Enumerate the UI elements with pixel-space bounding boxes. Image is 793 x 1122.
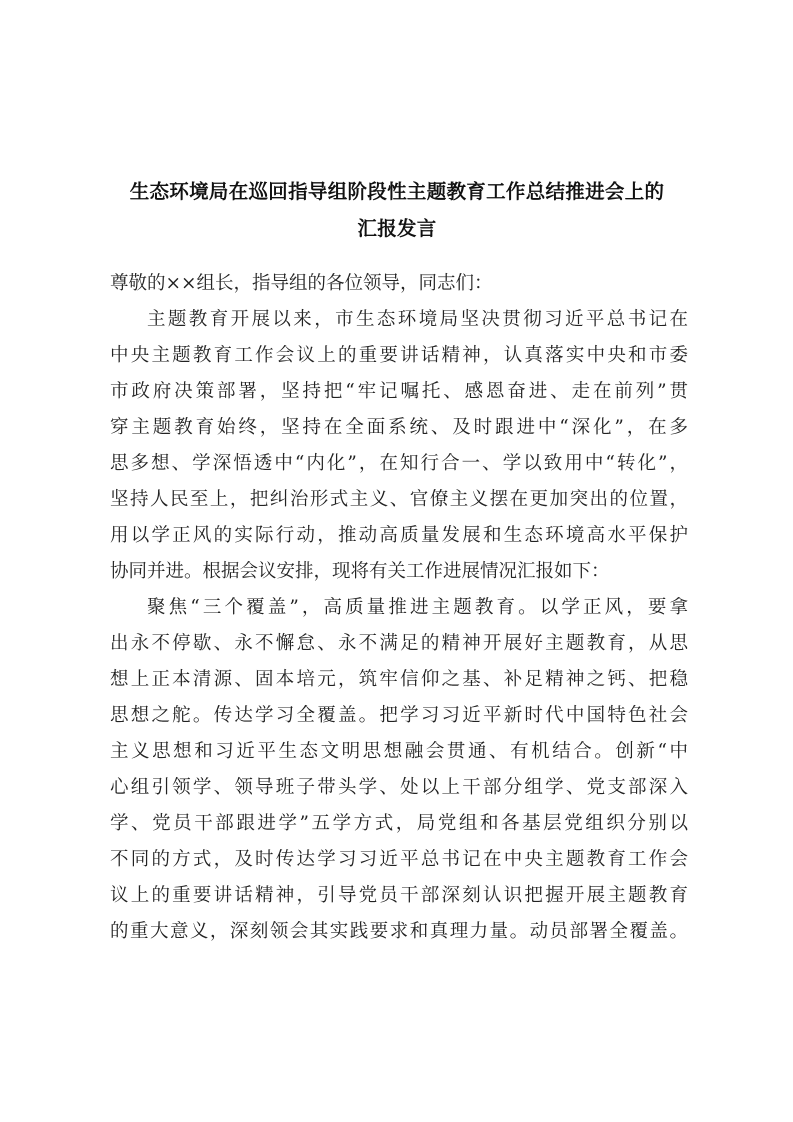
paragraph-2-line: 心组引领学、领导班子带头学、处以上干部分组学、党支部深入 [110, 773, 688, 799]
paragraph-2-line: 出永不停歇、永不懈怠、永不满足的精神开展好主题教育，从思 [110, 629, 688, 655]
paragraph-1-line: 用以学正风的实际行动，推动高质量发展和生态环境高水平保护 [110, 521, 688, 547]
salutation: 尊敬的××组长，指导组的各位领导，同志们： [110, 269, 688, 295]
paragraph-1-line: 市政府决策部署，坚持把“牢记嘱托、感恩奋进、走在前列”贯 [110, 377, 688, 403]
document-title-line-2: 汇报发言 [106, 213, 688, 241]
paragraph-1-line: 中央主题教育工作会议上的重要讲话精神，认真落实中央和市委 [110, 341, 688, 367]
paragraph-1-line: 主题教育开展以来，市生态环境局坚决贯彻习近平总书记在 [147, 305, 688, 331]
paragraph-2-line: 聚焦“三个覆盖”，高质量推进主题教育。以学正风，要拿 [147, 593, 688, 619]
paragraph-1-line: 穿主题教育始终，坚持在全面系统、及时跟进中“深化”，在多 [110, 413, 688, 439]
paragraph-1-line: 坚持人民至上，把纠治形式主义、官僚主义摆在更加突出的位置， [110, 485, 688, 511]
paragraph-1-line: 协同并进。根据会议安排，现将有关工作进展情况汇报如下： [110, 557, 688, 583]
paragraph-2-line: 学、党员干部跟进学”五学方式，局党组和各基层党组织分别以 [110, 809, 688, 835]
paragraph-1-line: 思多想、学深悟透中“内化”，在知行合一、学以致用中“转化”， [110, 449, 688, 475]
paragraph-2-line: 想上正本清源、固本培元，筑牢信仰之基、补足精神之钙、把稳 [110, 665, 688, 691]
paragraph-2-line: 的重大意义，深刻领会其实践要求和真理力量。动员部署全覆盖。 [110, 917, 688, 943]
paragraph-2-line: 主义思想和习近平生态文明思想融会贯通、有机结合。创新“中 [110, 737, 688, 763]
document-page: 生态环境局在巡回指导组阶段性主题教育工作总结推进会上的 汇报发言 尊敬的××组长… [0, 0, 793, 1122]
paragraph-2-line: 不同的方式，及时传达学习习近平总书记在中央主题教育工作会 [110, 845, 688, 871]
paragraph-2-line: 思想之舵。传达学习全覆盖。把学习习近平新时代中国特色社会 [110, 701, 688, 727]
paragraph-2-line: 议上的重要讲话精神，引导党员干部深刻认识把握开展主题教育 [110, 881, 688, 907]
document-title-line-1: 生态环境局在巡回指导组阶段性主题教育工作总结推进会上的 [106, 176, 688, 204]
